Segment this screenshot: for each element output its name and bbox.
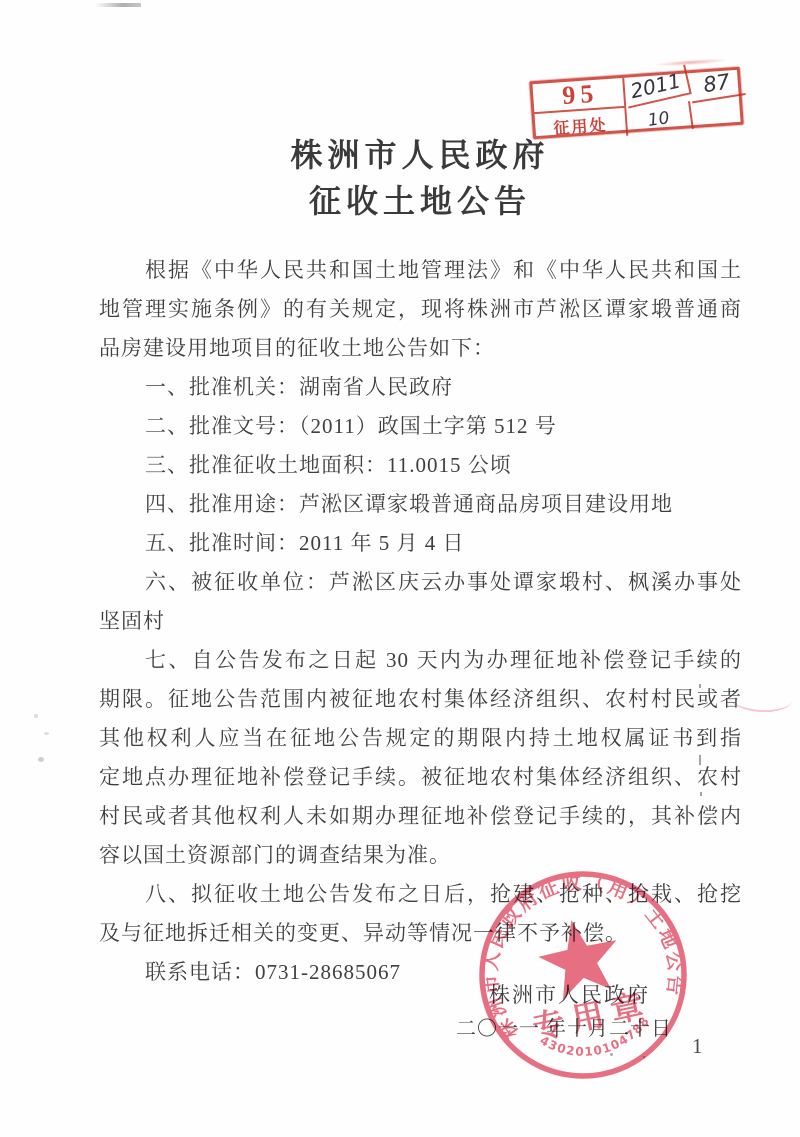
scan-smudge-top — [95, 3, 141, 7]
scan-speck — [34, 714, 38, 718]
official-seal: 株洲市人民政府征收（用）土地公告 专用章 4302010104788 — [453, 845, 714, 1106]
body-line: 村民或者其他权利人未如期办理征地补偿登记手续的，其补偿内 — [99, 797, 742, 836]
document-page: 95 2011 87 征用处 10 株洲市人民政府 征收土地公告 根据《中华人民… — [0, 0, 800, 1137]
body-line-item-5: 五、批准时间：2011 年 5 月 4 日 — [99, 524, 742, 563]
registration-stamp: 95 2011 87 征用处 10 — [529, 67, 744, 140]
body-line: 品房建设用地项目的征收土地公告如下： — [99, 329, 742, 368]
registration-stamp-grid: 95 2011 87 征用处 10 — [529, 67, 744, 140]
body-line: 期限。征地公告范围内被征地农村集体经济组织、农村村民或者 — [99, 680, 742, 719]
body-line-item-2: 二、批准文号：（2011）政国土字第 512 号 — [99, 407, 742, 446]
scan-speck — [38, 757, 44, 762]
body-line-item-7: 七、自公告发布之日起 30 天内为办理征地补偿登记手续的 — [99, 641, 742, 680]
scan-speck — [44, 732, 49, 735]
body-line: 地管理实施条例》的有关规定，现将株洲市芦淞区谭家塅普通商 — [99, 290, 742, 329]
body-line: 坚固村 — [99, 602, 742, 641]
seal-star-icon — [532, 912, 626, 1003]
body-line-item-3: 三、批准征收土地面积：11.0015 公顷 — [99, 446, 742, 485]
stamp-empty-cell — [691, 99, 747, 131]
body-line-item-1: 一、批准机关：湖南省人民政府 — [99, 368, 742, 407]
body-line: 定地点办理征地补偿登记手续。被征地农村集体经济组织、农村 — [99, 758, 742, 797]
body-line-item-6: 六、被征收单位：芦淞区庆云办事处谭家塅村、枫溪办事处 — [99, 563, 742, 602]
title-subject: 征收土地公告 — [100, 178, 740, 224]
title-issuer: 株洲市人民政府 — [100, 132, 740, 178]
official-seal-graphic: 株洲市人民政府征收（用）土地公告 专用章 4302010104788 — [453, 845, 714, 1106]
scan-red-smear — [655, 57, 727, 67]
body-line-item-4: 四、批准用途：芦淞区谭家塅普通商品房项目建设用地 — [99, 485, 742, 524]
stamp-serial-handwritten: 87 — [688, 65, 746, 103]
body-line: 根据《中华人民共和国土地管理法》和《中华人民共和国土 — [99, 251, 742, 290]
document-title: 株洲市人民政府 征收土地公告 — [100, 132, 740, 224]
body-line: 其他权利人应当在征地公告规定的期限内持土地权属证书到指 — [99, 719, 742, 758]
